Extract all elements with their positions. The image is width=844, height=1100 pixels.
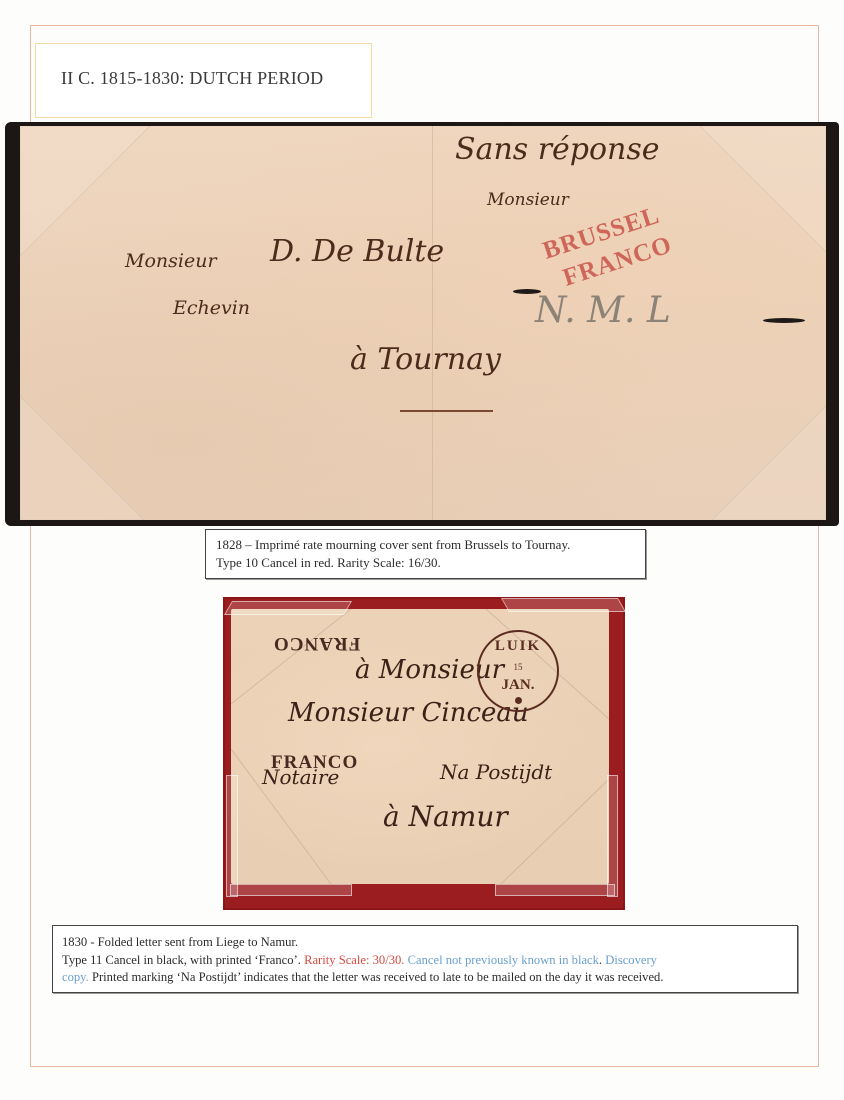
mount-sleeve [226, 775, 238, 897]
addressee-name: D. De Bulte [270, 234, 444, 269]
manuscript-monsieur: Monsieur [125, 250, 217, 272]
rarity-scale: Rarity Scale: 30/30. [304, 953, 404, 967]
mount-sleeve [230, 884, 352, 896]
destination-tournay: à Tournay [350, 342, 501, 377]
cds-month: JAN. [479, 677, 557, 694]
cds-day: 15 [479, 662, 557, 672]
discovery-note: Discovery [605, 953, 657, 967]
cds-town: LUIK [479, 638, 557, 655]
caption-line: 1830 - Folded letter sent from Liege to … [62, 934, 797, 952]
pencil-note: N. M. L [535, 290, 671, 331]
na-postijdt-marking: Na Postijdt [440, 760, 552, 784]
mount-sleeve [607, 775, 618, 897]
cover-paper [20, 126, 826, 520]
ink-blot [513, 289, 541, 294]
caption-cover-1828: 1828 – Imprimé rate mourning cover sent … [205, 529, 646, 579]
title-box: II C. 1815-1830: DUTCH PERIOD [35, 43, 372, 118]
caption-line: Type 10 Cancel in red. Rarity Scale: 16/… [216, 554, 645, 572]
mount-sleeve [501, 598, 626, 612]
mourning-cover-image: Sans réponse Monsieur Monsieur D. De Bul… [5, 122, 839, 526]
caption-line: Type 11 Cancel in black, with printed ‘F… [62, 952, 797, 970]
caption-line: copy. Printed marking ‘Na Postijdt’ indi… [62, 969, 797, 987]
mount-sleeve [495, 884, 615, 896]
cds-dot [515, 697, 522, 704]
mount-sleeve-corners-icon [20, 126, 826, 520]
page-title: II C. 1815-1830: DUTCH PERIOD [61, 68, 323, 89]
caption-text: Printed marking ‘Na Postijdt’ indicates … [89, 970, 664, 984]
caption-line: 1828 – Imprimé rate mourning cover sent … [216, 536, 645, 554]
luik-circular-datestamp: LUIK 15 JAN. [477, 630, 559, 712]
underline [400, 410, 493, 412]
mount-sleeve [224, 601, 352, 615]
manuscript-notaire: Notaire [262, 765, 339, 789]
discovery-note: copy. [62, 970, 89, 984]
destination-namur: à Namur [383, 800, 508, 833]
franco-inverted-stamp: FRANCO [273, 632, 360, 654]
ink-blot [763, 318, 805, 323]
caption-cover-1830: 1830 - Folded letter sent from Liege to … [52, 925, 798, 993]
caption-text: Type 11 Cancel in black, with printed ‘F… [62, 953, 304, 967]
addressee-title: Echevin [173, 297, 250, 319]
discovery-note: Cancel not previously known in black [404, 953, 598, 967]
manuscript-monsieur-small: Monsieur [487, 190, 569, 210]
manuscript-sans-reponse: Sans réponse [455, 132, 660, 167]
